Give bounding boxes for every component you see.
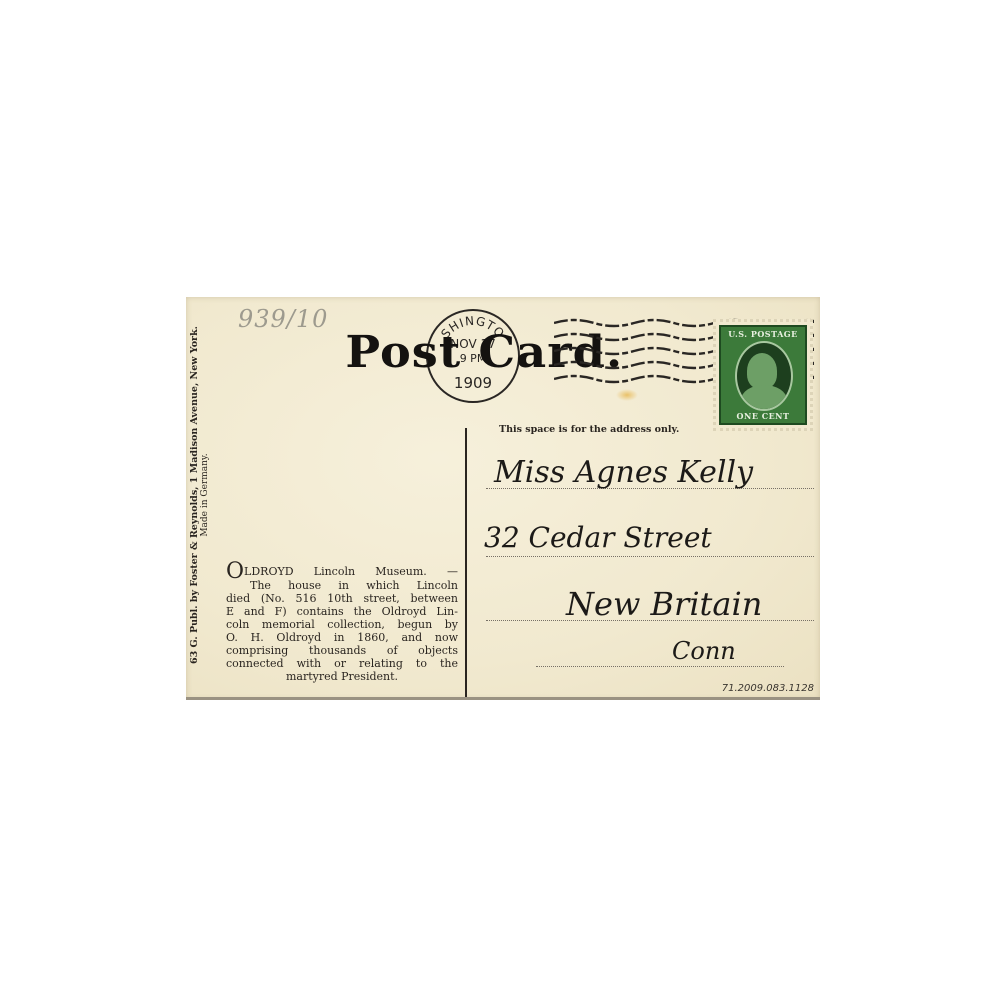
stain xyxy=(616,389,638,401)
stamp-top-text: U.S. POSTAGE xyxy=(721,329,805,339)
publisher-imprint: 63 G. Publ. by Foster & Reynolds, 1 Madi… xyxy=(189,300,225,690)
address-recipient: Miss Agnes Kelly xyxy=(494,455,753,490)
address-street: 32 Cedar Street xyxy=(484,521,712,554)
address-city: New Britain xyxy=(566,585,762,623)
pencil-inventory-number: 939/10 xyxy=(238,305,328,333)
stamp-portrait xyxy=(735,341,793,411)
publisher-line: 63 G. Publ. by Foster & Reynolds, 1 Madi… xyxy=(189,300,200,690)
vertical-divider xyxy=(465,428,467,698)
catalog-number: 71.2009.083.1128 xyxy=(722,683,814,694)
address-state: Conn xyxy=(672,637,736,665)
address-rule-2 xyxy=(486,555,814,557)
dropcap: O xyxy=(226,559,244,584)
postage-stamp: U.S. POSTAGE ONE CENT xyxy=(713,319,813,431)
address-space-label: This space is for the address only. xyxy=(499,424,679,435)
stamp-bottom-text: ONE CENT xyxy=(721,411,805,421)
museum-description: OLDROYD Lincoln Museum. — The house in w… xyxy=(226,565,458,683)
postcard-back: 939/10 SHINGTO NOV 17 9 PM 1909 Post Car… xyxy=(186,297,820,700)
address-rule-4 xyxy=(536,665,784,667)
made-in-line: Made in Germany. xyxy=(200,300,210,690)
